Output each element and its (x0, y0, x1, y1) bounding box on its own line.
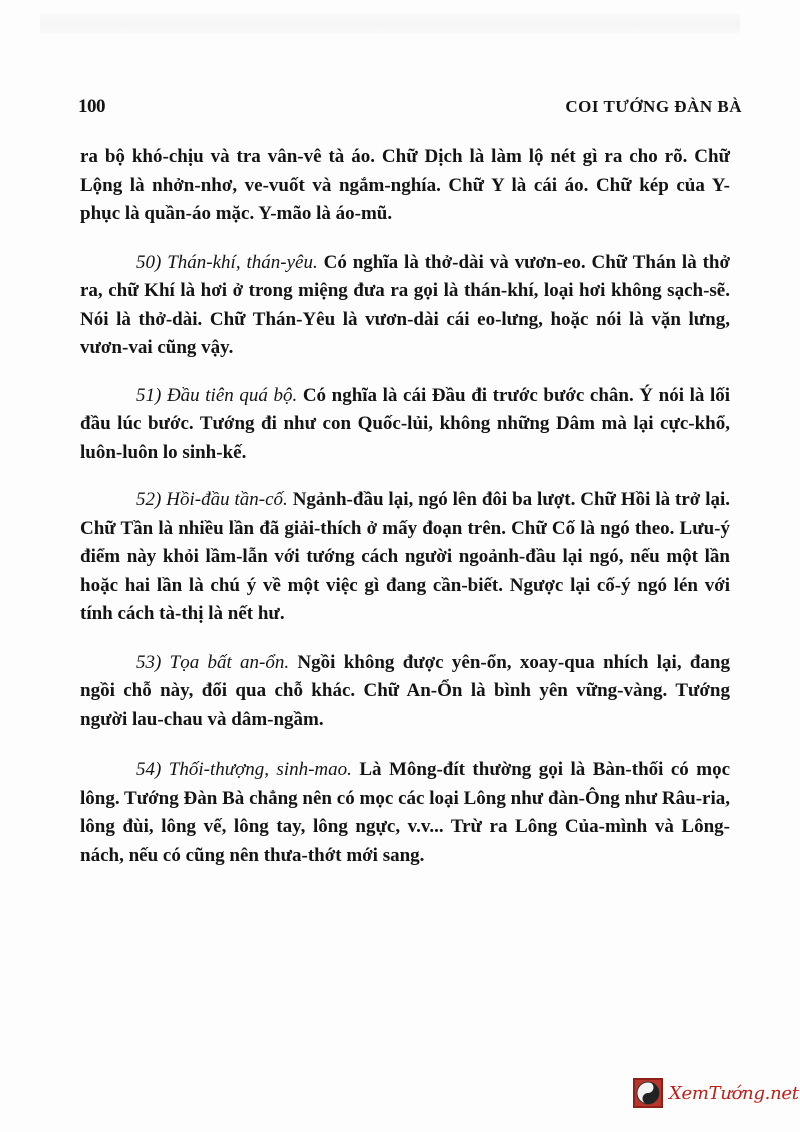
show-through-bleed (40, 14, 740, 34)
entry-term: 54) Thối-thượng, sinh-mao. (136, 759, 352, 780)
entry-title: Thối-thượng, sinh-mao. (169, 759, 352, 780)
page-body: ra bộ khó-chịu và tra vân-vê tà áo. Chữ … (80, 143, 730, 870)
entry-number: 51) (136, 385, 161, 406)
entry-term: 52) Hồi-đầu tần-cố. (136, 489, 288, 510)
entry-54: 54) Thối-thượng, sinh-mao. Là Mông-đít t… (80, 756, 730, 870)
book-title: COI TƯỚNG ĐÀN BÀ (565, 97, 742, 117)
entry-number: 52) (136, 489, 161, 510)
entry-title: Tọa bất an-ổn. (170, 652, 290, 673)
entry-50: 50) Thán-khí, thán-yêu. Có nghĩa là thở-… (80, 249, 730, 363)
entry-number: 50) (136, 252, 161, 273)
yin-yang-icon (633, 1078, 663, 1108)
watermark-text: XemTướng.net (669, 1083, 799, 1104)
entry-title: Đầu tiên quá bộ. (167, 385, 297, 406)
entry-title: Thán-khí, thán-yêu. (167, 252, 317, 273)
entry-number: 53) (136, 652, 161, 673)
paragraph-text: ra bộ khó-chịu và tra vân-vê tà áo. Chữ … (80, 146, 730, 224)
scanned-book-page: 100 COI TƯỚNG ĐÀN BÀ ra bộ khó-chịu và t… (0, 0, 800, 1132)
entry-term: 50) Thán-khí, thán-yêu. (136, 252, 318, 273)
running-head: 100 COI TƯỚNG ĐÀN BÀ (78, 96, 742, 118)
entry-number: 54) (136, 759, 161, 780)
entry-51: 51) Đầu tiên quá bộ. Có nghĩa là cái Đầu… (80, 382, 730, 468)
entry-52: 52) Hồi-đầu tần-cố. Ngảnh-đầu lại, ngó l… (80, 486, 730, 629)
paragraph-continuation: ra bộ khó-chịu và tra vân-vê tà áo. Chữ … (80, 143, 730, 229)
entry-title: Hồi-đầu tần-cố. (166, 489, 288, 510)
site-watermark: XemTướng.net (633, 1078, 799, 1108)
entry-term: 51) Đầu tiên quá bộ. (136, 385, 297, 406)
entry-term: 53) Tọa bất an-ổn. (136, 652, 289, 673)
page-number: 100 (78, 96, 105, 118)
entry-53: 53) Tọa bất an-ổn. Ngồi không được yên-ổ… (80, 649, 730, 735)
